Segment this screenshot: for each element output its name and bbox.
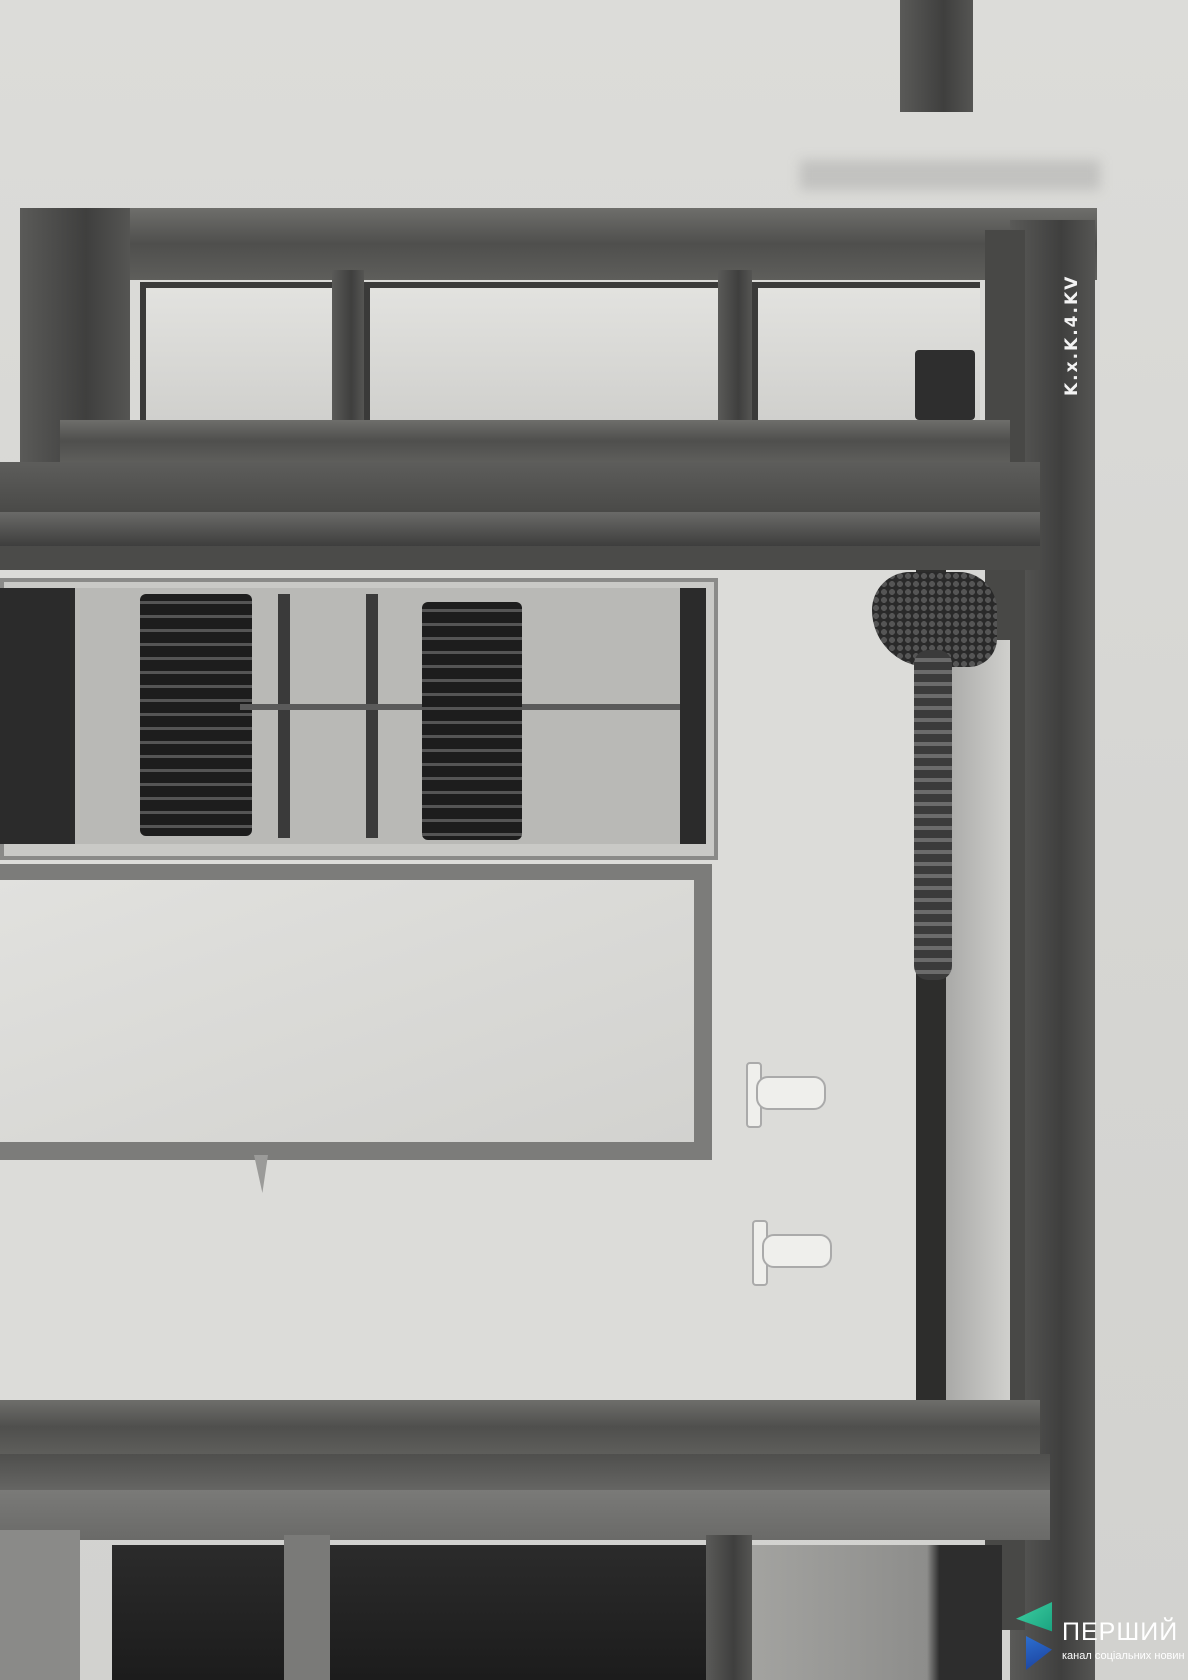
handle-lower (752, 1220, 830, 1266)
handwritten-label: K.x.K.4.KV (1062, 236, 1090, 396)
transom-pane-center (364, 282, 718, 420)
cornice-band-1 (0, 462, 1040, 512)
transom-mullion-2 (718, 270, 752, 422)
lower-pane-left (112, 1545, 284, 1680)
radiator-right (422, 602, 522, 840)
bottom-rail (0, 1400, 1040, 1454)
logo-subtitle: канал соціальних новин (1062, 1650, 1185, 1662)
window-bar-2 (366, 594, 378, 838)
beehive-strand (914, 650, 952, 980)
wall-smudge (800, 160, 1100, 190)
inner-window-glass (0, 588, 706, 844)
photograph: K.x.K.4.KV ПЕРШИЙ канал соціальних новин (0, 0, 1188, 1680)
logo-title: ПЕРШИЙ (1062, 1618, 1178, 1647)
frame-top (35, 208, 1097, 280)
cornice-band-3 (0, 546, 1040, 570)
transom-pane-left (140, 282, 332, 420)
lower-stile-left (0, 1530, 80, 1680)
window-bar-1 (278, 594, 290, 838)
handle-upper (746, 1062, 824, 1108)
lower-mullion-1 (284, 1535, 330, 1680)
transom-mullion-1 (332, 270, 364, 422)
right-jamb-light (946, 640, 1010, 1400)
lower-mullion-2 (706, 1535, 752, 1680)
transom-rail (60, 420, 1010, 462)
radiator-left (140, 594, 252, 836)
top-beam (900, 0, 973, 112)
bottom-rail-2 (0, 1454, 1050, 1490)
cornice-band-2 (0, 512, 1040, 546)
transom-bracket (915, 350, 975, 420)
covered-panel-paper (0, 880, 694, 1142)
lower-pane-right (752, 1545, 1002, 1680)
lower-pane-center (330, 1545, 706, 1680)
lower-sash-top (0, 1490, 1050, 1540)
